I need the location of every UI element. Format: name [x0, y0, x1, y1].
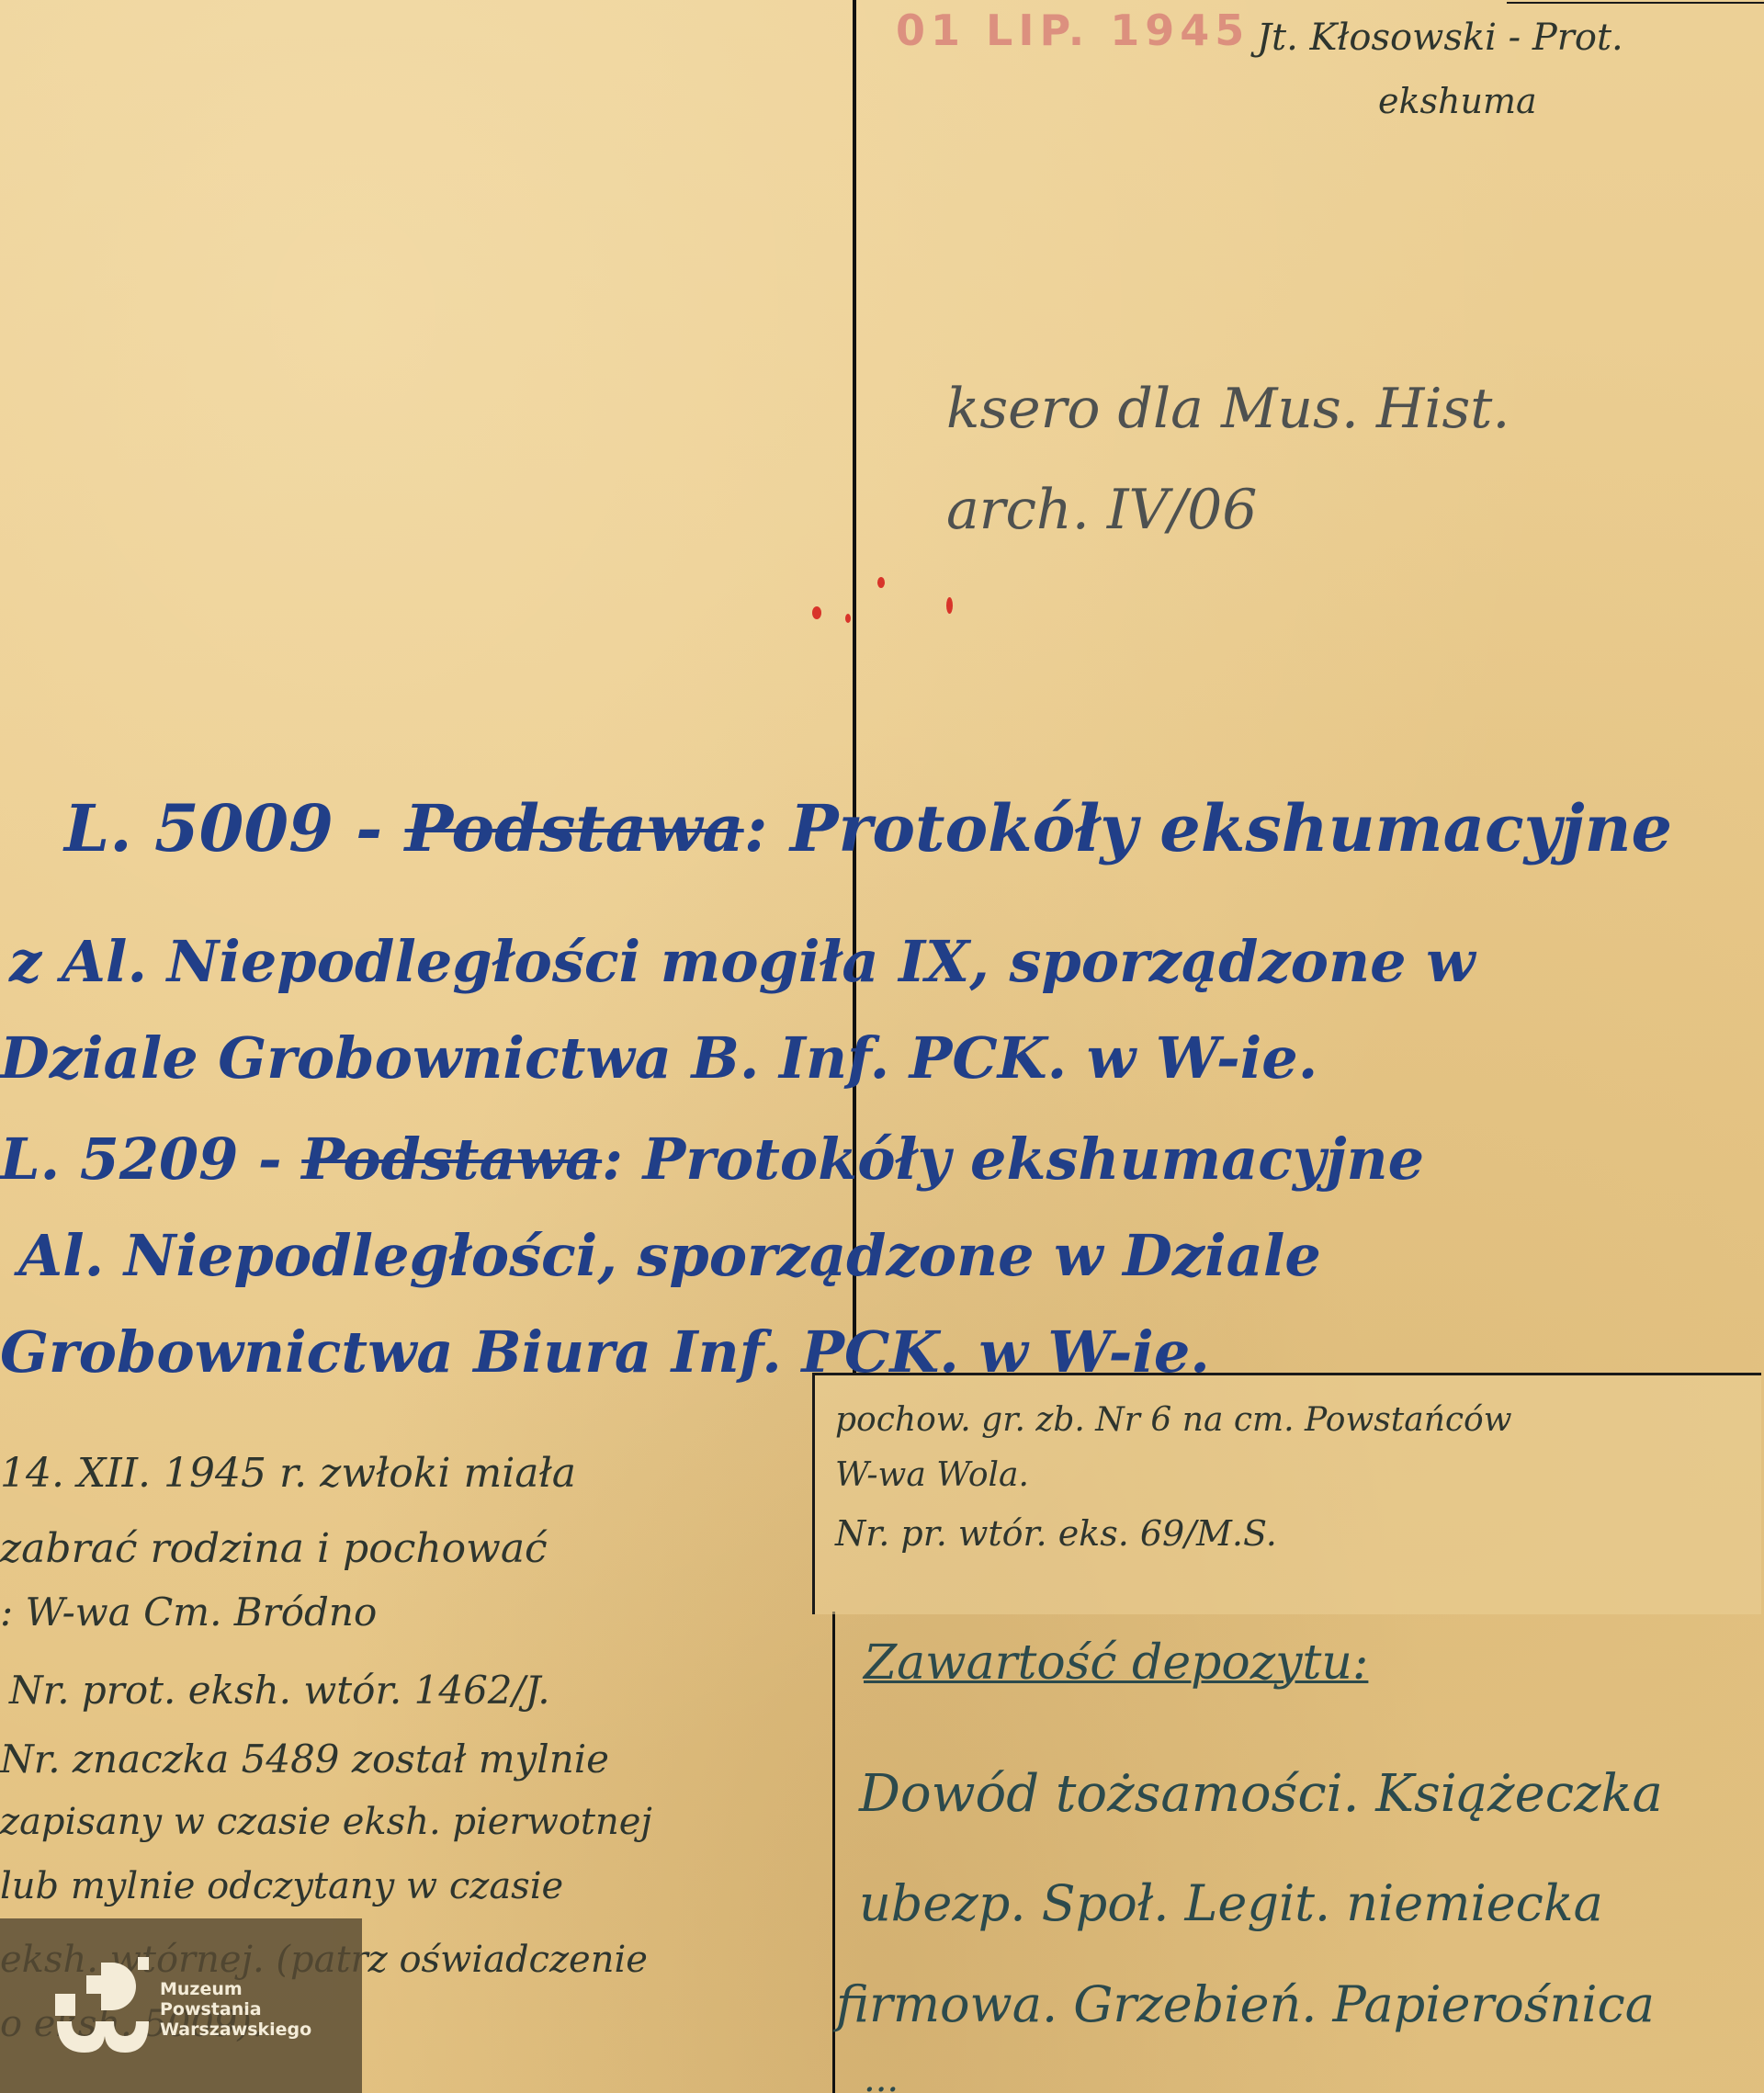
boxed-burial-note: pochow. gr. zb. Nr 6 na cm. Powstańców W…	[812, 1373, 1761, 1614]
entry-number-5009: L. 5009 -	[64, 790, 405, 866]
left-note-line: Nr. znaczka 5489 został mylnie	[0, 1737, 609, 1782]
museum-watermark: Muzeum Powstania Warszawskiego	[0, 1918, 362, 2093]
kotwica-anchor-icon	[48, 1957, 149, 2058]
museum-name-line3: Warszawskiego	[160, 2019, 311, 2040]
left-note-line: zabrać rodzina i pochować	[0, 1525, 548, 1572]
left-note-line: : W-wa Cm. Bródno	[0, 1590, 377, 1635]
box-note-line: Nr. pr. wtór. eks. 69/M.S.	[835, 1513, 1277, 1554]
left-note-line: 14. XII. 1945 r. zwłoki miała	[0, 1450, 576, 1497]
entry-number-5209: L. 5209 -	[0, 1126, 301, 1193]
entry-line-2: z Al. Niepodległości mogiła IX, sporządz…	[9, 928, 1476, 995]
deposit-line: firmowa. Grzebień. Papierośnica	[836, 1975, 1655, 2033]
red-ink-speck	[812, 606, 821, 619]
museum-name-line1: Muzeum	[160, 1979, 311, 1999]
pencil-note-line2: arch. IV/06	[946, 478, 1257, 542]
left-note-line: lub mylnie odczytany w czasie	[0, 1865, 563, 1907]
deposit-line: ...	[864, 2058, 899, 2093]
top-right-note-line1: Jt. Kłosowski - Prot.	[1257, 17, 1623, 59]
museum-name-line2: Powstania	[160, 1999, 311, 2019]
box-note-line: pochow. gr. zb. Nr 6 na cm. Powstańców	[835, 1401, 1512, 1439]
left-note-line: Nr. prot. eksh. wtór. 1462/J.	[9, 1668, 550, 1713]
top-right-note-line2: ekshuma	[1378, 81, 1537, 121]
pencil-note-line1: ksero dla Mus. Hist.	[946, 377, 1510, 441]
red-ink-speck	[845, 614, 851, 623]
top-right-edge-line	[1507, 2, 1764, 4]
deposit-line: Dowód tożsamości. Książeczka	[859, 1764, 1663, 1824]
entry-rest: : Protokóły ekshumacyjne	[744, 790, 1672, 866]
entry-rest: : Protokóły ekshumacyjne	[602, 1126, 1424, 1193]
box-note-line: W-wa Wola.	[835, 1456, 1029, 1494]
deposit-heading: Zawartość depozytu:	[864, 1635, 1368, 1691]
red-ink-speck	[946, 597, 953, 614]
struck-word: Podstawa	[301, 1126, 602, 1193]
entry-line-4: L. 5209 - Podstawa: Protokóły ekshumacyj…	[0, 1126, 1424, 1193]
entry-line-3: Dziale Grobownictwa B. Inf. PCK. w W-ie.	[0, 1024, 1317, 1092]
struck-word: Podstawa	[405, 790, 744, 866]
red-ink-speck	[877, 577, 885, 588]
museum-name: Muzeum Powstania Warszawskiego	[160, 1979, 311, 2040]
entry-line-1: L. 5009 - Podstawa: Protokóły ekshumacyj…	[64, 790, 1672, 866]
date-stamp: 01 LIP. 1945	[896, 6, 1249, 55]
deposit-line: ubezp. Społ. Legit. niemiecka	[859, 1874, 1603, 1932]
vertical-rule-lower	[832, 1612, 835, 2093]
entry-line-5: Al. Niepodległości, sporządzone w Dziale	[18, 1222, 1321, 1289]
left-note-line: zapisany w czasie eksh. pierwotnej	[0, 1801, 652, 1843]
